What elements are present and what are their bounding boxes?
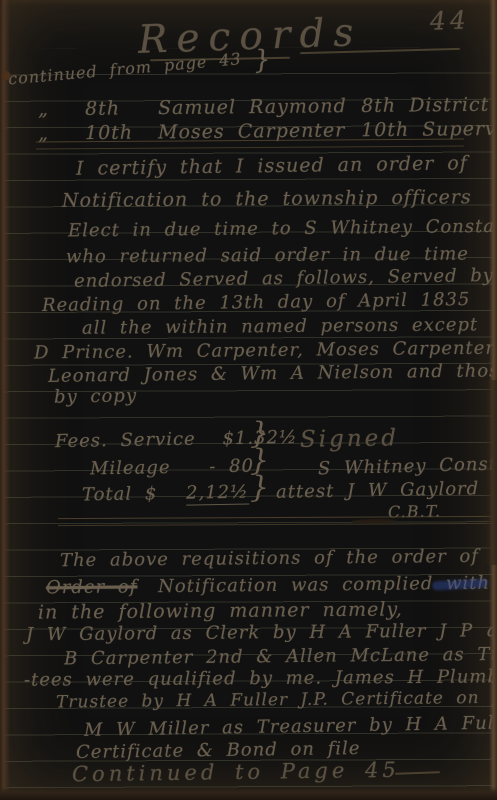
fee-label: Mileage [90, 457, 171, 479]
roster-row-1: „ 8th Samuel Raymond 8th District [38, 94, 489, 121]
page-number: 44 [430, 5, 471, 35]
book-bottom-edge [0, 787, 497, 800]
cert-line: all the within named persons except [82, 314, 478, 338]
record-book-page: 44 Records continued from page 43 } „ 8t… [0, 0, 497, 800]
compliance-line: -tees were qualified by me. James H Plum… [24, 666, 497, 690]
fee-amount: - 80 [209, 456, 254, 478]
fee-label: Fees. Service [55, 429, 196, 452]
office-label: 10th Supervisors [361, 117, 497, 141]
fee-amount-total: 2,12½ [186, 482, 249, 506]
compliance-line: B Carpenter 2nd & Allen McLane as Trus [64, 644, 497, 670]
fees-brace: } } } [250, 420, 269, 501]
office-label: 8th District [361, 94, 489, 117]
book-cover-edge-shadow [484, 380, 497, 565]
brace-glyph: } [250, 474, 269, 501]
compliance-line: in the following manner namely, [38, 598, 403, 623]
wormhole-spot [2, 71, 10, 80]
page-top-edge [0, 0, 497, 6]
cert-line: by copy [54, 385, 137, 407]
district-number: 8th [85, 97, 145, 120]
cert-line: Notification to the township officers [62, 186, 472, 212]
signed-label: Signed [300, 425, 399, 453]
officer-name: Samuel Raymond [158, 95, 348, 119]
cert-line: Elect in due time to S Whitney Constable [68, 216, 497, 242]
compliance-line: The above requisitions of the order of [60, 546, 479, 571]
flourish-brace: } [253, 45, 273, 76]
book-gutter-edge [0, 0, 10, 800]
cert-line: who returned said order in due time [66, 244, 469, 268]
attest-signature: attest J W Gaylord [276, 478, 480, 503]
continued-to-note: Continued to Page 45 [72, 758, 400, 787]
fee-label: Total $ [82, 483, 158, 505]
fees-row-mileage: Mileage - 80 [90, 456, 254, 480]
fees-row-total: Total $ 2,12½ [82, 482, 249, 506]
ditto-mark: „ [38, 98, 72, 120]
compliance-line: J W Gaylord as Clerk by H A Fuller J P q… [26, 620, 497, 646]
struck-text: Order of [46, 576, 138, 598]
